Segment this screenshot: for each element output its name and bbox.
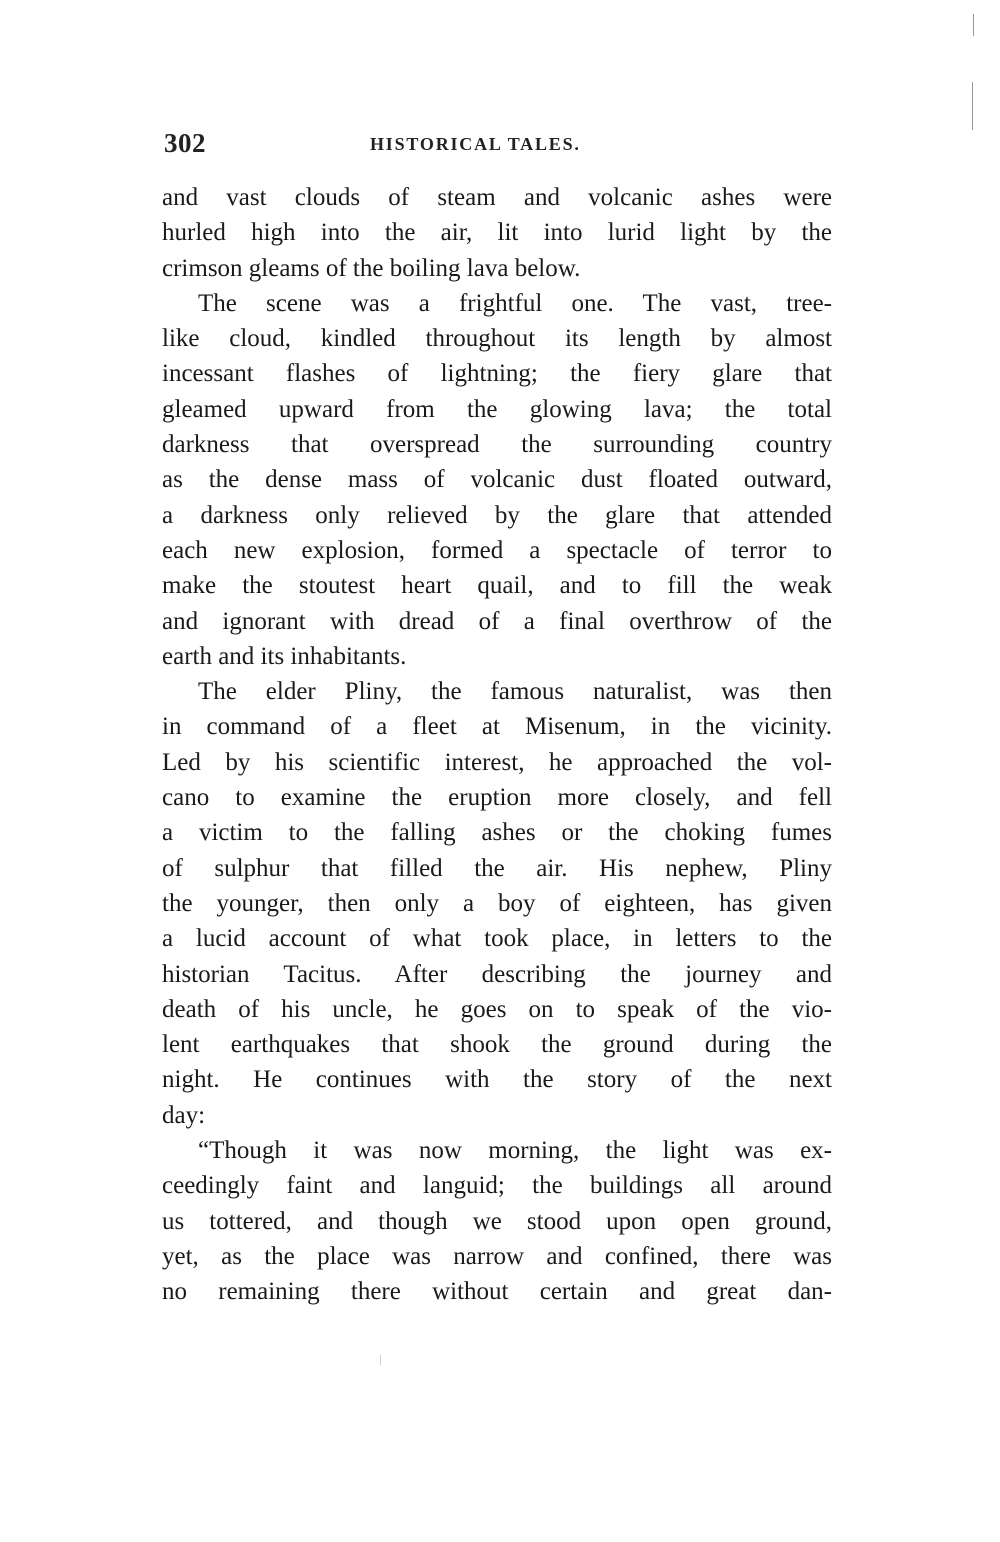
paragraph: The scene was a frightful one. The vast,… bbox=[162, 286, 832, 674]
text-line: earth and its inhabitants. bbox=[162, 639, 832, 674]
paragraph: The elder Pliny, the famous naturalist, … bbox=[162, 674, 832, 1133]
page-number: 302 bbox=[164, 128, 206, 159]
text-line: and ignorant with dread of a final overt… bbox=[162, 604, 832, 639]
scan-edge-mark bbox=[380, 1355, 381, 1365]
text-line: darkness that overspread the surrounding… bbox=[162, 427, 832, 462]
text-line: the younger, then only a boy of eighteen… bbox=[162, 886, 832, 921]
text-line: gleamed upward from the glowing lava; th… bbox=[162, 392, 832, 427]
text-line: historian Tacitus. After describing the … bbox=[162, 957, 832, 992]
text-line: The elder Pliny, the famous naturalist, … bbox=[162, 674, 832, 709]
running-title: HISTORICAL TALES. bbox=[370, 134, 581, 155]
text-line: as the dense mass of volcanic dust float… bbox=[162, 462, 832, 497]
text-line: Led by his scientific interest, he appro… bbox=[162, 745, 832, 780]
text-line: lent earthquakes that shook the ground d… bbox=[162, 1027, 832, 1062]
text-line: make the stoutest heart quail, and to fi… bbox=[162, 568, 832, 603]
quotation-paragraph: “Though it was now morning, the light wa… bbox=[162, 1133, 832, 1309]
text-line: and vast clouds of steam and volcanic as… bbox=[162, 180, 832, 215]
text-line: cano to examine the eruption more closel… bbox=[162, 780, 832, 815]
book-page: 302 HISTORICAL TALES. and vast clouds of… bbox=[0, 0, 1000, 1542]
text-line: no remaining there without certain and g… bbox=[162, 1274, 832, 1309]
running-head: 302 HISTORICAL TALES. bbox=[164, 128, 832, 164]
text-line: a darkness only relieved by the glare th… bbox=[162, 498, 832, 533]
text-line: us tottered, and though we stood upon op… bbox=[162, 1204, 832, 1239]
text-line: death of his uncle, he goes on to speak … bbox=[162, 992, 832, 1027]
text-line: in command of a fleet at Misenum, in the… bbox=[162, 709, 832, 744]
text-line: yet, as the place was narrow and confine… bbox=[162, 1239, 832, 1274]
text-line: like cloud, kindled throughout its lengt… bbox=[162, 321, 832, 356]
text-line: each new explosion, formed a spectacle o… bbox=[162, 533, 832, 568]
text-line: incessant flashes of lightning; the fier… bbox=[162, 356, 832, 391]
text-line: a lucid account of what took place, in l… bbox=[162, 921, 832, 956]
scan-edge-mark bbox=[973, 14, 974, 36]
paragraph: and vast clouds of steam and volcanic as… bbox=[162, 180, 832, 286]
text-line: The scene was a frightful one. The vast,… bbox=[162, 286, 832, 321]
scan-edge-mark bbox=[972, 82, 973, 130]
text-line: night. He continues with the story of th… bbox=[162, 1062, 832, 1097]
text-line: of sulphur that filled the air. His neph… bbox=[162, 851, 832, 886]
text-line: “Though it was now morning, the light wa… bbox=[162, 1133, 832, 1168]
text-line: crimson gleams of the boiling lava below… bbox=[162, 251, 832, 286]
text-line: a victim to the falling ashes or the cho… bbox=[162, 815, 832, 850]
text-line: day: bbox=[162, 1098, 832, 1133]
text-line: hurled high into the air, lit into lurid… bbox=[162, 215, 832, 250]
text-line: ceedingly faint and languid; the buildin… bbox=[162, 1168, 832, 1203]
body-text: and vast clouds of steam and volcanic as… bbox=[162, 180, 832, 1310]
